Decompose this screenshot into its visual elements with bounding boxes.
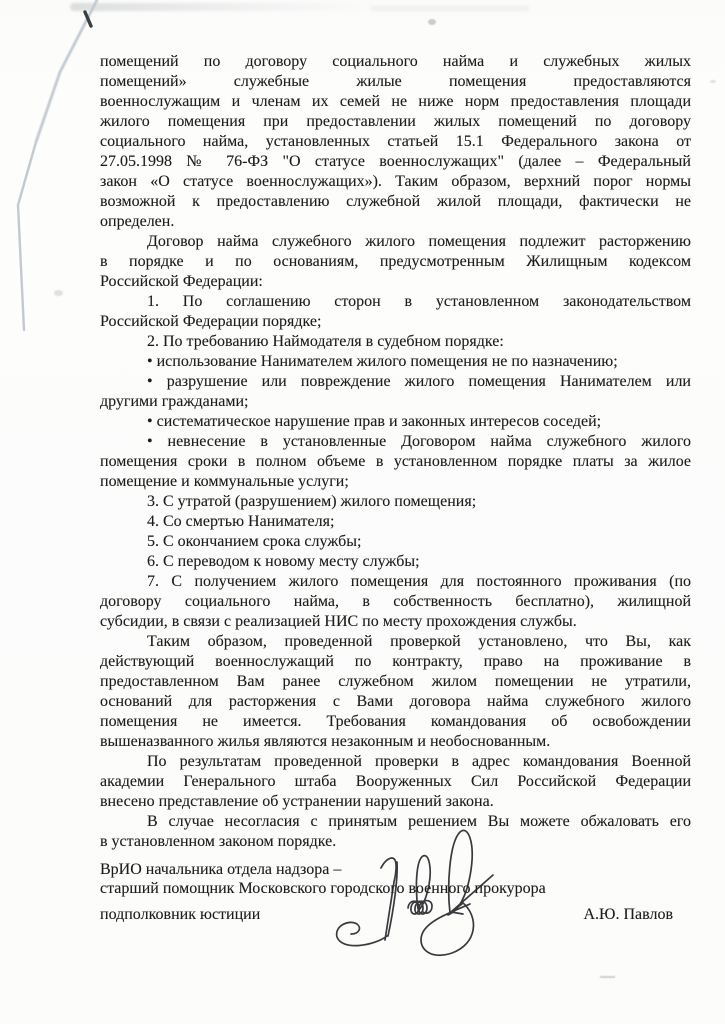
- text-line: помещения не имеется. Требования командо…: [100, 712, 691, 732]
- text-line: 27.05.1998 № 76-ФЗ "О статусе военнослуж…: [100, 152, 691, 172]
- text-line: помещений» служебные жилые помещения пре…: [100, 72, 691, 92]
- text-line: 2. По требованию Наймодателя в судебном …: [100, 332, 691, 352]
- text-line: договору социального найма, в собственно…: [100, 592, 691, 612]
- text-line: предоставленном Вам ранее служебном жило…: [100, 672, 691, 692]
- text-line: действующий военнослужащий по контракту,…: [100, 652, 691, 672]
- signer-title-line2: старший помощник Московского городского …: [100, 879, 691, 898]
- text-line: 1. По соглашению сторон в установленном …: [100, 292, 691, 312]
- text-line: оснований для расторжения с Вами договор…: [100, 692, 691, 712]
- text-line: закон «О статусе военнослужащих»). Таким…: [100, 172, 691, 192]
- text-line: • невнесение в установленные Договором н…: [100, 432, 691, 452]
- text-line: • систематическое нарушение прав и закон…: [100, 412, 691, 432]
- text-line: субсидии, в связи с реализацией НИС по м…: [100, 612, 691, 632]
- scan-smudge: [370, 6, 530, 11]
- text-line: 3. С утратой (разрушением) жилого помеще…: [100, 492, 691, 512]
- scan-speck: [710, 80, 716, 83]
- text-line: другими гражданами;: [100, 392, 691, 412]
- text-line: академии Генерального штаба Вооруженных …: [100, 772, 691, 792]
- text-line: определен.: [100, 212, 691, 232]
- text-line: внесено представление об устранении нару…: [100, 792, 691, 812]
- text-line: Российской Федерации:: [100, 272, 691, 292]
- signature-block: ВрИО начальника отдела надзора – старший…: [100, 860, 691, 924]
- scan-smudge: [70, 3, 370, 11]
- text-line: • использование Нанимателем жилого помещ…: [100, 352, 691, 372]
- signer-title-line1: ВрИО начальника отдела надзора –: [100, 860, 691, 879]
- text-line: возможной к предоставлению служебной жил…: [100, 192, 691, 212]
- text-line: 7. С получением жилого помещения для пос…: [100, 572, 691, 592]
- text-line: По результатам проведенной проверки в ад…: [100, 752, 691, 772]
- text-line: социального найма, установленных статьей…: [100, 132, 691, 152]
- document-body: помещений по договору социального найма …: [100, 52, 691, 852]
- text-line: 4. Со смертью Нанимателя;: [100, 512, 691, 532]
- text-line: 6. С переводом к новому месту службы;: [100, 552, 691, 572]
- text-line: Российской Федерации порядке;: [100, 312, 691, 332]
- text-line: 5. С окончанием срока службы;: [100, 532, 691, 552]
- text-line: помещения сроки в полном объеме в устано…: [100, 452, 691, 472]
- text-line: в порядке и по основаниям, предусмотренн…: [100, 252, 691, 272]
- text-line: Договор найма служебного жилого помещени…: [100, 232, 691, 252]
- scan-speck: [428, 19, 436, 25]
- signer-name: А.Ю. Павлов: [583, 905, 673, 924]
- text-line: помещений по договору социального найма …: [100, 52, 691, 72]
- text-line: жилого помещения при предоставлении жилы…: [100, 112, 691, 132]
- text-line: помещение и коммунальные услуги;: [100, 472, 691, 492]
- text-line: военнослужащим и членам их семей не ниже…: [100, 92, 691, 112]
- text-line: вышеназванного жилья являются незаконным…: [100, 732, 691, 752]
- scan-speck: [54, 290, 63, 296]
- scan-speck: [600, 976, 615, 978]
- signer-rank: подполковник юстиции: [100, 905, 260, 924]
- text-line: Таким образом, проведенной проверкой уст…: [100, 632, 691, 652]
- text-line: В случае несогласия с принятым решением …: [100, 812, 691, 832]
- scanned-document-page: помещений по договору социального найма …: [0, 0, 725, 1024]
- text-line: в установленном законом порядке.: [100, 832, 691, 852]
- text-line: • разрушение или повреждение жилого поме…: [100, 372, 691, 392]
